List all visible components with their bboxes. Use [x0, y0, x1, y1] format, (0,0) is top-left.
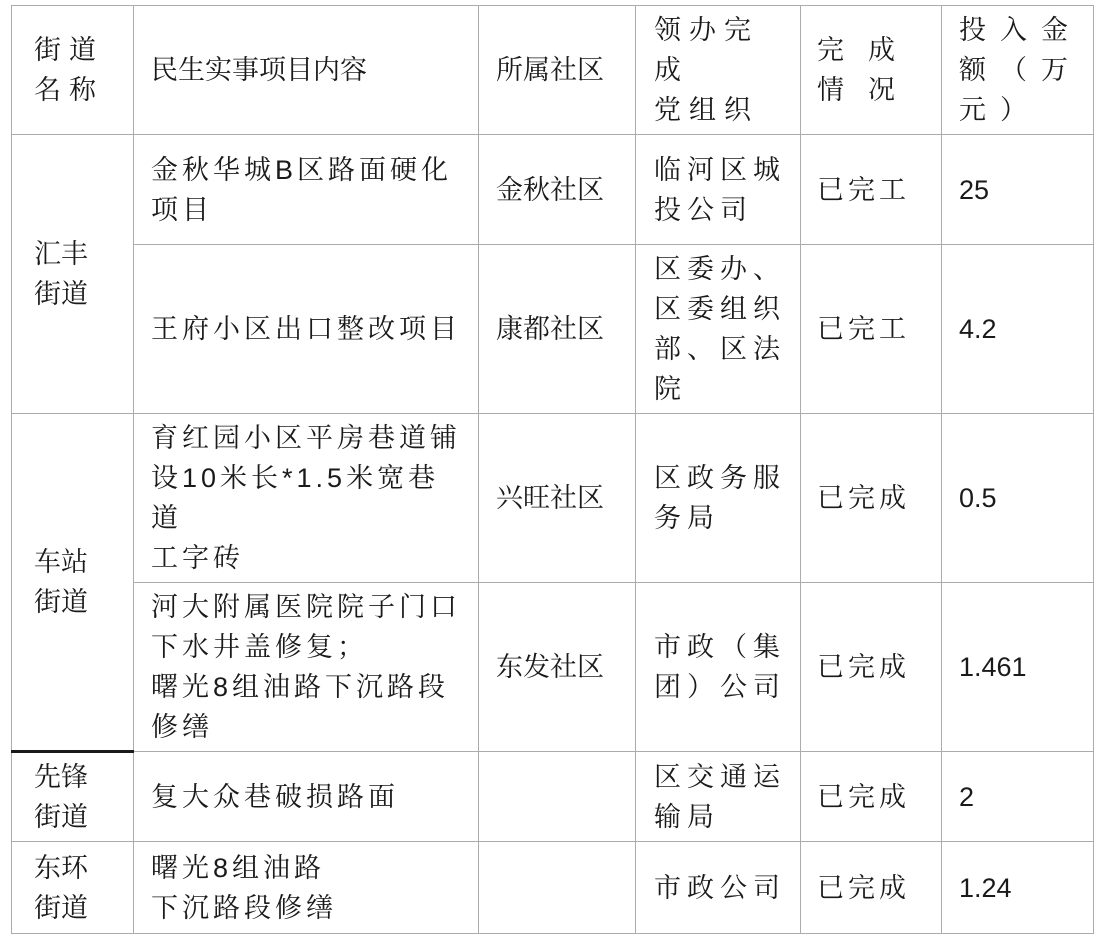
column-header-status: 完成 情况: [801, 6, 942, 135]
org-cell: 区委办、 区委组织 部、区法 院: [636, 245, 801, 414]
column-header-organization: 领办完成 党组织: [636, 6, 801, 135]
table-row: 先锋 街道 复大众巷破损路面 区交通运 输局 已完成 2: [12, 752, 1094, 842]
projects-table: 街道 名称 民生实事项目内容 所属社区 领办完成 党组织 完成 情况 投入金 额…: [11, 5, 1094, 934]
status-cell: 已完工: [801, 135, 942, 245]
amount-cell: 25: [942, 135, 1094, 245]
org-cell: 区交通运 输局: [636, 752, 801, 842]
community-cell: 东发社区: [479, 583, 636, 752]
project-cell: 复大众巷破损路面: [134, 752, 479, 842]
project-cell: 王府小区出口整改项目: [134, 245, 479, 414]
table-row: 东环 街道 曙光8组油路 下沉路段修缮 市政公司 已完成 1.24: [12, 842, 1094, 934]
status-cell: 已完工: [801, 245, 942, 414]
community-cell: [479, 842, 636, 934]
community-cell: 兴旺社区: [479, 414, 636, 583]
table-row: 王府小区出口整改项目 康都社区 区委办、 区委组织 部、区法 院 已完工 4.2: [12, 245, 1094, 414]
community-cell: [479, 752, 636, 842]
org-cell: 区政务服 务局: [636, 414, 801, 583]
org-cell: 市政（集 团）公司: [636, 583, 801, 752]
street-cell: 先锋 街道: [12, 752, 134, 842]
status-cell: 已完成: [801, 583, 942, 752]
status-cell: 已完成: [801, 752, 942, 842]
status-cell: 已完成: [801, 842, 942, 934]
org-cell: 市政公司: [636, 842, 801, 934]
community-cell: 康都社区: [479, 245, 636, 414]
amount-cell: 4.2: [942, 245, 1094, 414]
street-cell: 汇丰 街道: [12, 135, 134, 414]
community-cell: 金秋社区: [479, 135, 636, 245]
header-row: 街道 名称 民生实事项目内容 所属社区 领办完成 党组织 完成 情况 投入金 额…: [12, 6, 1094, 135]
project-cell: 育红园小区平房巷道铺 设10米长*1.5米宽巷道 工字砖: [134, 414, 479, 583]
table-row: 河大附属医院院子门口 下水井盖修复； 曙光8组油路下沉路段 修缮 东发社区 市政…: [12, 583, 1094, 752]
amount-cell: 2: [942, 752, 1094, 842]
amount-cell: 0.5: [942, 414, 1094, 583]
street-cell: 东环 街道: [12, 842, 134, 934]
project-cell: 曙光8组油路 下沉路段修缮: [134, 842, 479, 934]
column-header-community: 所属社区: [479, 6, 636, 135]
column-header-street-name: 街道 名称: [12, 6, 134, 135]
project-cell: 金秋华城B区路面硬化 项目: [134, 135, 479, 245]
table-row: 车站 街道 育红园小区平房巷道铺 设10米长*1.5米宽巷道 工字砖 兴旺社区 …: [12, 414, 1094, 583]
project-cell: 河大附属医院院子门口 下水井盖修复； 曙光8组油路下沉路段 修缮: [134, 583, 479, 752]
status-cell: 已完成: [801, 414, 942, 583]
amount-cell: 1.461: [942, 583, 1094, 752]
amount-cell: 1.24: [942, 842, 1094, 934]
column-header-amount: 投入金 额（万 元）: [942, 6, 1094, 135]
org-cell: 临河区城 投公司: [636, 135, 801, 245]
table-row: 汇丰 街道 金秋华城B区路面硬化 项目 金秋社区 临河区城 投公司 已完工 25: [12, 135, 1094, 245]
column-header-project: 民生实事项目内容: [134, 6, 479, 135]
street-cell: 车站 街道: [12, 414, 134, 752]
